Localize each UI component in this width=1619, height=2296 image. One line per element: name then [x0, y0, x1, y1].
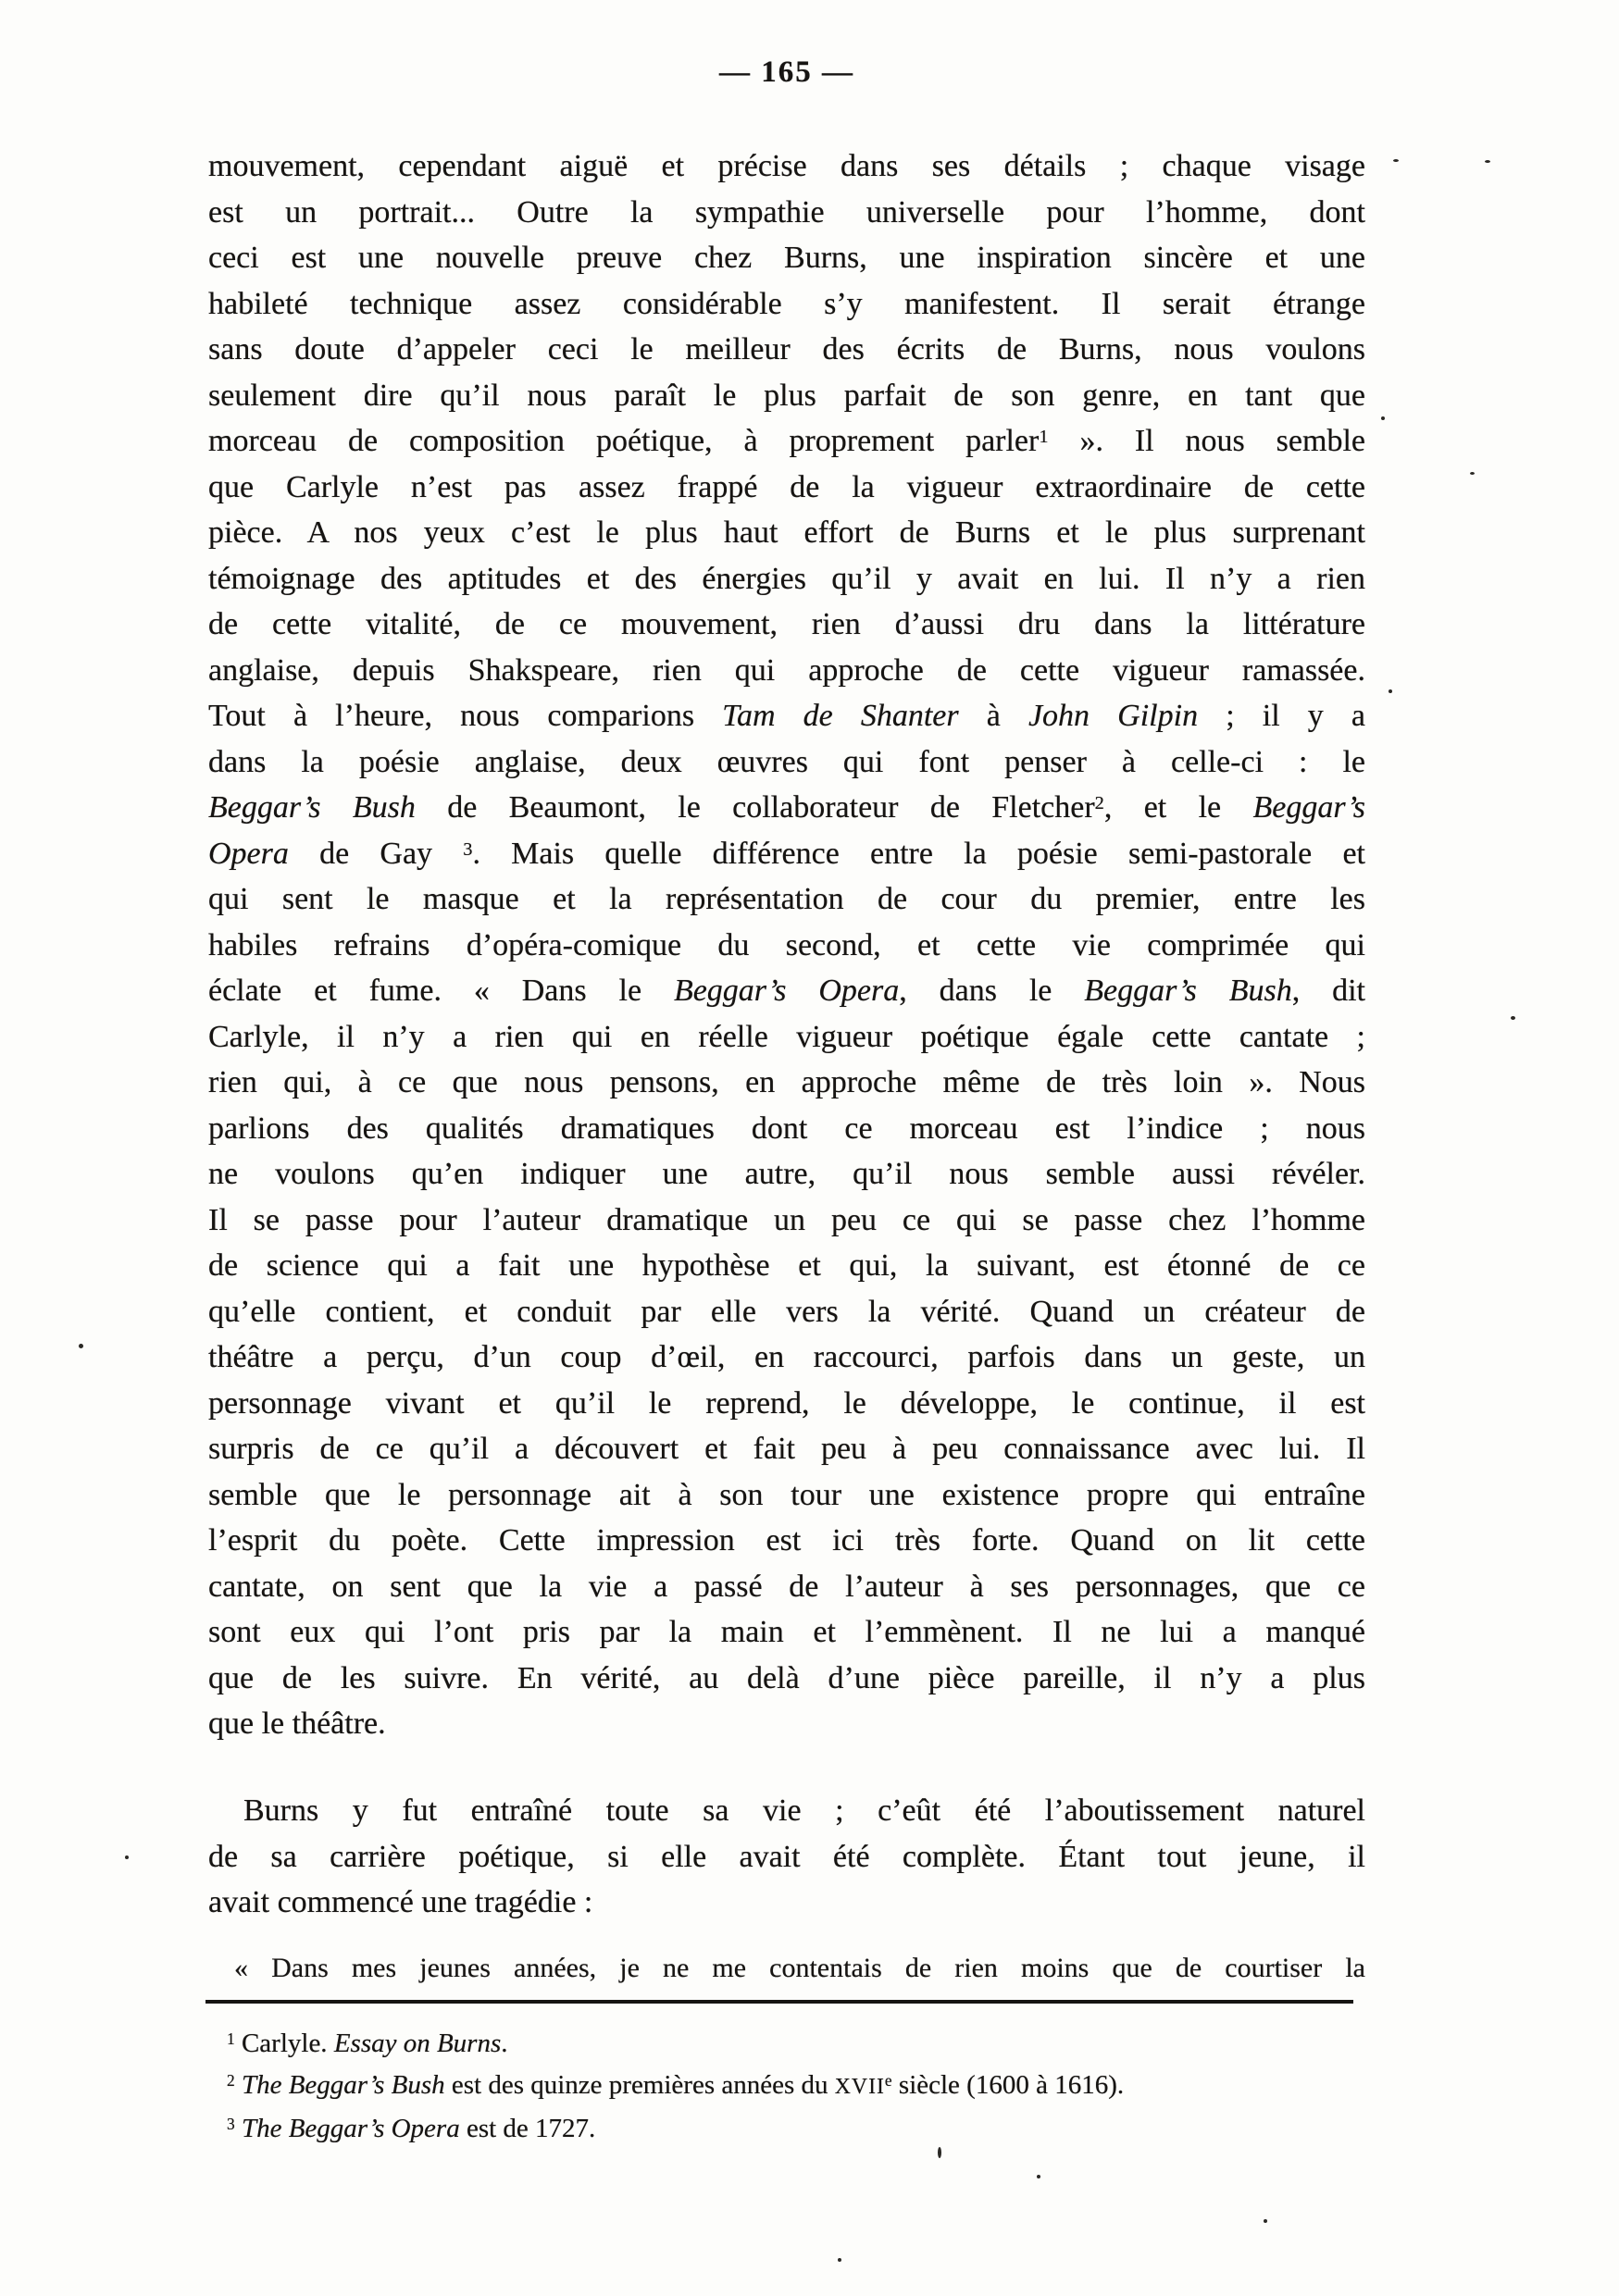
ink-speck: [1389, 689, 1392, 693]
ink-speck: [838, 2258, 841, 2262]
ink-speck: [1264, 2219, 1267, 2223]
ink-speck: [1511, 1016, 1515, 1020]
text-line: pièce. A nos yeux c’est le plus haut eff…: [208, 510, 1365, 556]
text-line: 1 Carlyle. Essay on Burns.: [208, 2023, 1365, 2065]
text-line: rien qui, à ce que nous pensons, en appr…: [208, 1060, 1365, 1106]
second-paragraph: Burns y fut entraîné toute sa vie ; c’eû…: [208, 1788, 1365, 1926]
block-quote: « Dans mes jeunes années, je ne me conte…: [208, 1947, 1365, 1990]
text-line: 3 The Beggar’s Opera est de 1727.: [208, 2108, 1365, 2150]
text-line: avait commencé une tragédie :: [208, 1880, 1365, 1926]
ink-speck: [79, 1344, 83, 1348]
text-line: de science qui a fait une hypothèse et q…: [208, 1243, 1365, 1289]
text-line: que de les suivre. En vérité, au delà d’…: [208, 1656, 1365, 1702]
text-line: Opera de Gay 3. Mais quelle différence e…: [208, 831, 1365, 877]
text-line: témoignage des aptitudes et des énergies…: [208, 556, 1365, 602]
text-line: semble que le personnage ait à son tour …: [208, 1472, 1365, 1519]
text-line: habiles refrains d’opéra-comique du seco…: [208, 923, 1365, 969]
text-line: que le théâtre.: [208, 1701, 1365, 1747]
text-line: dans la poésie anglaise, deux œuvres qui…: [208, 739, 1365, 786]
text-line: Carlyle, il n’y a rien qui en réelle vig…: [208, 1014, 1365, 1061]
text-line: Beggar’s Bush de Beaumont, le collaborat…: [208, 785, 1365, 831]
text-line: éclate et fume. « Dans le Beggar’s Opera…: [208, 968, 1365, 1014]
text-line: qui sent le masque et la représentation …: [208, 876, 1365, 923]
text-line: morceau de composition poétique, à propr…: [208, 418, 1365, 465]
text-line: est un portrait... Outre la sympathie un…: [208, 190, 1365, 236]
text-line: que Carlyle n’est pas assez frappé de la…: [208, 465, 1365, 511]
text-line: surpris de ce qu’il a découvert et fait …: [208, 1426, 1365, 1472]
text-line: 2 The Beggar’s Bush est des quinze premi…: [208, 2065, 1365, 2108]
text-line: habileté technique assez considérable s’…: [208, 281, 1365, 328]
text-line: parlions des qualités dramatiques dont c…: [208, 1106, 1365, 1152]
ink-speck: [1393, 159, 1399, 162]
text-line: ne voulons qu’en indiquer une autre, qu’…: [208, 1151, 1365, 1198]
text-line: l’esprit du poète. Cette impression est …: [208, 1518, 1365, 1564]
text-line: « Dans mes jeunes années, je ne me conte…: [208, 1947, 1365, 1990]
text-line: Tout à l’heure, nous comparions Tam de S…: [208, 693, 1365, 739]
text-line: cantate, on sent que la vie a passé de l…: [208, 1564, 1365, 1610]
ink-speck: [1037, 2175, 1040, 2178]
text-line: Il se passe pour l’auteur dramatique un …: [208, 1198, 1365, 1244]
footnotes: 1 Carlyle. Essay on Burns.2 The Beggar’s…: [208, 2023, 1365, 2150]
text-line: personnage vivant et qu’il le reprend, l…: [208, 1381, 1365, 1427]
footnote-separator: [205, 2000, 1353, 2004]
main-paragraph: mouvement, cependant aiguë et précise da…: [208, 143, 1365, 1747]
ink-speck: [938, 2147, 941, 2158]
ink-speck: [1485, 160, 1490, 163]
book-page: — 165 — mouvement, cependant aiguë et pr…: [0, 0, 1619, 2296]
text-line: sont eux qui l’ont pris par la main et l…: [208, 1609, 1365, 1656]
text-line: mouvement, cependant aiguë et précise da…: [208, 143, 1365, 190]
ink-speck: [1381, 416, 1385, 420]
text-line: ceci est une nouvelle preuve chez Burns,…: [208, 235, 1365, 281]
text-line: de sa carrière poétique, si elle avait é…: [208, 1834, 1365, 1880]
text-line: seulement dire qu’il nous paraît le plus…: [208, 373, 1365, 419]
text-line: théâtre a perçu, d’un coup d’œil, en rac…: [208, 1334, 1365, 1381]
ink-speck: [125, 1855, 129, 1859]
text-line: de cette vitalité, de ce mouvement, rien…: [208, 602, 1365, 648]
text-line: qu’elle contient, et conduit par elle ve…: [208, 1289, 1365, 1335]
text-line: anglaise, depuis Shakspeare, rien qui ap…: [208, 648, 1365, 694]
ink-speck: [1470, 472, 1475, 475]
text-line: sans doute d’appeler ceci le meilleur de…: [208, 327, 1365, 373]
page-number: — 165 —: [208, 56, 1365, 90]
text-line: Burns y fut entraîné toute sa vie ; c’eû…: [208, 1788, 1365, 1834]
